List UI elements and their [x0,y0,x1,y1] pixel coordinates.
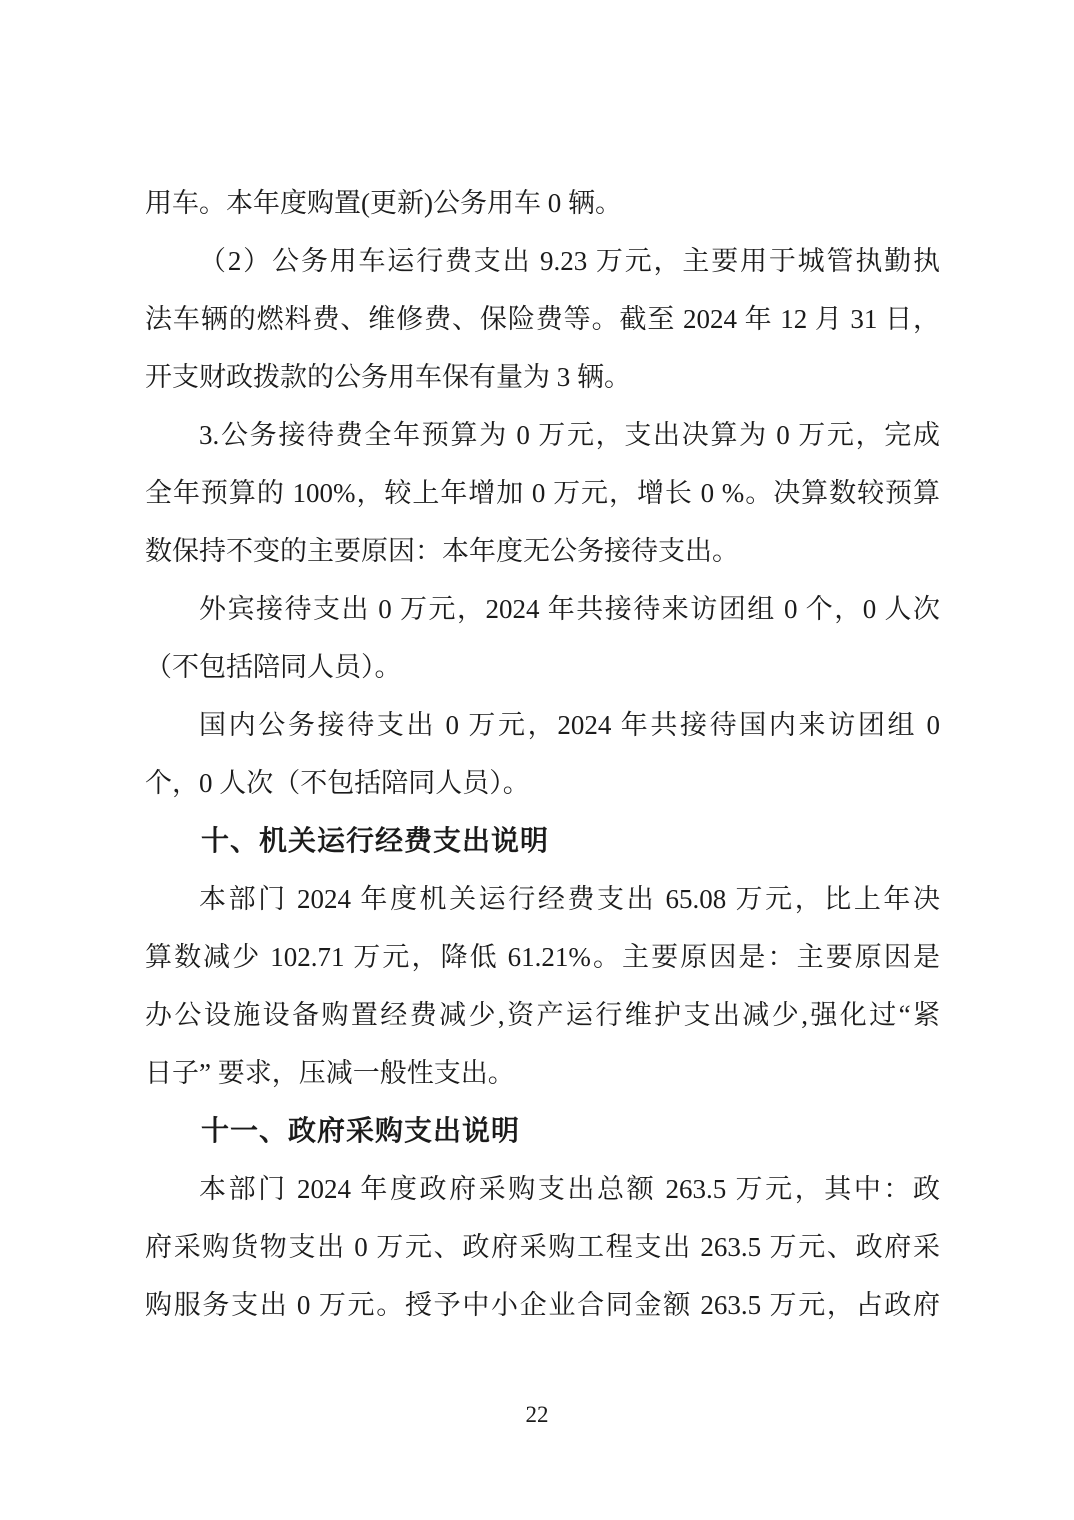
text-line: 法车辆的燃料费、维修费、保险费等。截至 2024 年 12 月 31 日， [145,290,940,348]
section-heading: 十一、政府采购支出说明 [145,1102,940,1160]
text-line: 日子” 要求，压减一般性支出。 [145,1044,940,1102]
text-line: （2）公务用车运行费支出 9.23 万元，主要用于城管执勤执 [145,232,940,290]
text-line: （不包括陪同人员）。 [145,638,940,696]
text-line: 用车。本年度购置(更新)公务用车 0 辆。 [145,174,940,232]
document-page: 用车。本年度购置(更新)公务用车 0 辆。 （2）公务用车运行费支出 9.23 … [0,0,1074,1520]
text-line: 本部门 2024 年度机关运行经费支出 65.08 万元，比上年决 [145,870,940,928]
text-line: 全年预算的 100%，较上年增加 0 万元，增长 0 %。决算数较预算 [145,464,940,522]
text-line: 开支财政拨款的公务用车保有量为 3 辆。 [145,348,940,406]
text-line: 国内公务接待支出 0 万元，2024 年共接待国内来访团组 0 [145,696,940,754]
text-line: 本部门 2024 年度政府采购支出总额 263.5 万元，其中：政 [145,1160,940,1218]
text-line: 算数减少 102.71 万元，降低 61.21%。主要原因是：主要原因是 [145,928,940,986]
text-line: 3.公务接待费全年预算为 0 万元，支出决算为 0 万元，完成 [145,406,940,464]
document-body: 用车。本年度购置(更新)公务用车 0 辆。 （2）公务用车运行费支出 9.23 … [145,174,940,1334]
text-line: 外宾接待支出 0 万元，2024 年共接待来访团组 0 个，0 人次 [145,580,940,638]
text-line: 办公设施设备购置经费减少,资产运行维护支出减少,强化过“紧 [145,986,940,1044]
text-line: 府采购货物支出 0 万元、政府采购工程支出 263.5 万元、政府采 [145,1218,940,1276]
text-line: 个，0 人次（不包括陪同人员）。 [145,754,940,812]
page-number: 22 [0,1400,1074,1430]
section-heading: 十、机关运行经费支出说明 [145,812,940,870]
text-line: 购服务支出 0 万元。授予中小企业合同金额 263.5 万元，占政府 [145,1276,940,1334]
text-line: 数保持不变的主要原因：本年度无公务接待支出。 [145,522,940,580]
